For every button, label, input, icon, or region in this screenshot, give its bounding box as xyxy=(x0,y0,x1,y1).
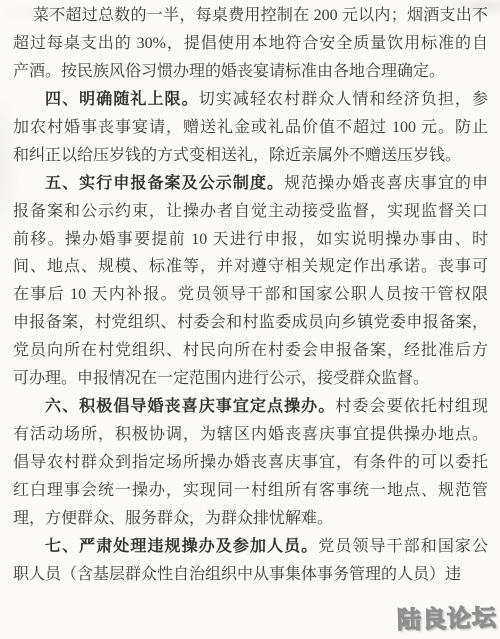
line-text: 有活动场所，积极协调，为辖区内婚丧喜庆事宜提供操办地点。 xyxy=(13,426,488,443)
text-line: 在事后 10 天内补报。党员领导干部和国家公职人员按干管权限 xyxy=(13,281,488,309)
line-text: 规范操办婚丧喜庆事宜的申 xyxy=(284,175,488,192)
line-text: 超过每桌支出的 30%，提倡使用本地符合安全质量饮用标准的自 xyxy=(13,35,488,52)
line-text: 红白理事会统一操办，实现同一村组所有客事统一地点、规范管 xyxy=(13,482,488,499)
section-heading: 六、积极倡导婚丧喜庆事宜定点操办。 xyxy=(45,398,335,415)
line-text: 倡导农村群众到指定场所操办婚丧喜庆事宜，有条件的可以委托 xyxy=(13,454,488,471)
text-line: 有活动场所，积极协调，为辖区内婚丧喜庆事宜提供操办地点。 xyxy=(13,421,488,449)
text-line: 四、明确随礼上限。切实减轻农村群众人情和经济负担，参 xyxy=(13,86,488,114)
line-text: 村委会要依托村组现 xyxy=(335,398,488,415)
line-text: 切实减轻农村群众人情和经济负担，参 xyxy=(199,91,488,108)
line-text: 可办理。申报情况在一定范围内进行公示，接受群众监督。 xyxy=(13,370,429,387)
text-line: 菜不超过总数的一半，每桌费用控制在 200 元以内；烟酒支出不 xyxy=(13,2,488,30)
line-text: 在事后 10 天内补报。党员领导干部和国家公职人员按干管权限 xyxy=(13,286,488,303)
line-text: 菜不超过总数的一半，每桌费用控制在 200 元以内；烟酒支出不 xyxy=(33,7,488,24)
text-line: 加农村婚事丧事宴请，赠送礼金或礼品价值不超过 100 元。防止 xyxy=(13,114,488,142)
line-text: 间、地点、规模、标准等，并对遵守相关规定作出承诺。丧事可 xyxy=(13,258,488,275)
line-text: 报备案和公示约束，让操办者自觉主动接受监督，实现监督关口 xyxy=(13,203,488,220)
text-line: 理，方便群众、服务群众，为群众排忧解难。 xyxy=(13,505,488,533)
text-line: 和纠正以给压岁钱的方式变相送礼，除近亲属外不赠送压岁钱。 xyxy=(13,142,488,170)
text-line: 间、地点、规模、标准等，并对遵守相关规定作出承诺。丧事可 xyxy=(13,253,488,281)
line-text: 职人员（含基层群众性自治组织中从事集体事务管理的人员）违 xyxy=(13,566,461,583)
scanned-document-page: 菜不超过总数的一半，每桌费用控制在 200 元以内；烟酒支出不 超过每桌支出的 … xyxy=(0,0,500,639)
text-line: 职人员（含基层群众性自治组织中从事集体事务管理的人员）违 xyxy=(13,561,488,589)
line-text: 申报备案，村党组织、村委会和村监委成员向乡镇党委申报备案， xyxy=(13,314,488,331)
line-text: 党员向所在村党组织、村民向所在村委会申报备案，经批准后方 xyxy=(13,342,488,359)
line-text: 和纠正以给压岁钱的方式变相送礼，除近亲属外不赠送压岁钱。 xyxy=(13,147,461,164)
line-text: 加农村婚事丧事宴请，赠送礼金或礼品价值不超过 100 元。防止 xyxy=(13,119,488,136)
text-line: 倡导农村群众到指定场所操办婚丧喜庆事宜，有条件的可以委托 xyxy=(13,449,488,477)
line-text: 党员领导干部和国家公 xyxy=(318,538,488,555)
section-heading: 五、实行申报备案及公示制度。 xyxy=(45,175,284,192)
line-text: 产酒。按民族风俗习惯办理的婚丧宴请标准由各地合理确定。 xyxy=(13,63,445,80)
text-line: 报备案和公示约束，让操办者自觉主动接受监督，实现监督关口 xyxy=(13,198,488,226)
forum-watermark: 陆良论坛 xyxy=(397,598,498,636)
text-line: 六、积极倡导婚丧喜庆事宜定点操办。村委会要依托村组现 xyxy=(13,393,488,421)
text-line: 五、实行申报备案及公示制度。规范操办婚丧喜庆事宜的申 xyxy=(13,170,488,198)
text-line: 产酒。按民族风俗习惯办理的婚丧宴请标准由各地合理确定。 xyxy=(13,58,488,86)
text-line: 七、严肃处理违规操办及参加人员。党员领导干部和国家公 xyxy=(13,533,488,561)
section-heading: 七、严肃处理违规操办及参加人员。 xyxy=(45,538,318,555)
document-text: 菜不超过总数的一半，每桌费用控制在 200 元以内；烟酒支出不 超过每桌支出的 … xyxy=(13,2,488,589)
text-line: 申报备案，村党组织、村委会和村监委成员向乡镇党委申报备案， xyxy=(13,309,488,337)
text-line: 超过每桌支出的 30%，提倡使用本地符合安全质量饮用标准的自 xyxy=(13,30,488,58)
line-text: 理，方便群众、服务群众，为群众排忧解难。 xyxy=(13,510,333,527)
text-line: 红白理事会统一操办，实现同一村组所有客事统一地点、规范管 xyxy=(13,477,488,505)
text-line: 可办理。申报情况在一定范围内进行公示，接受群众监督。 xyxy=(13,365,488,393)
text-line: 前移。操办婚事要提前 10 天进行申报，如实说明操办事由、时 xyxy=(13,226,488,254)
text-line: 党员向所在村党组织、村民向所在村委会申报备案，经批准后方 xyxy=(13,337,488,365)
section-heading: 四、明确随礼上限。 xyxy=(45,91,199,108)
line-text: 前移。操办婚事要提前 10 天进行申报，如实说明操办事由、时 xyxy=(13,231,488,248)
